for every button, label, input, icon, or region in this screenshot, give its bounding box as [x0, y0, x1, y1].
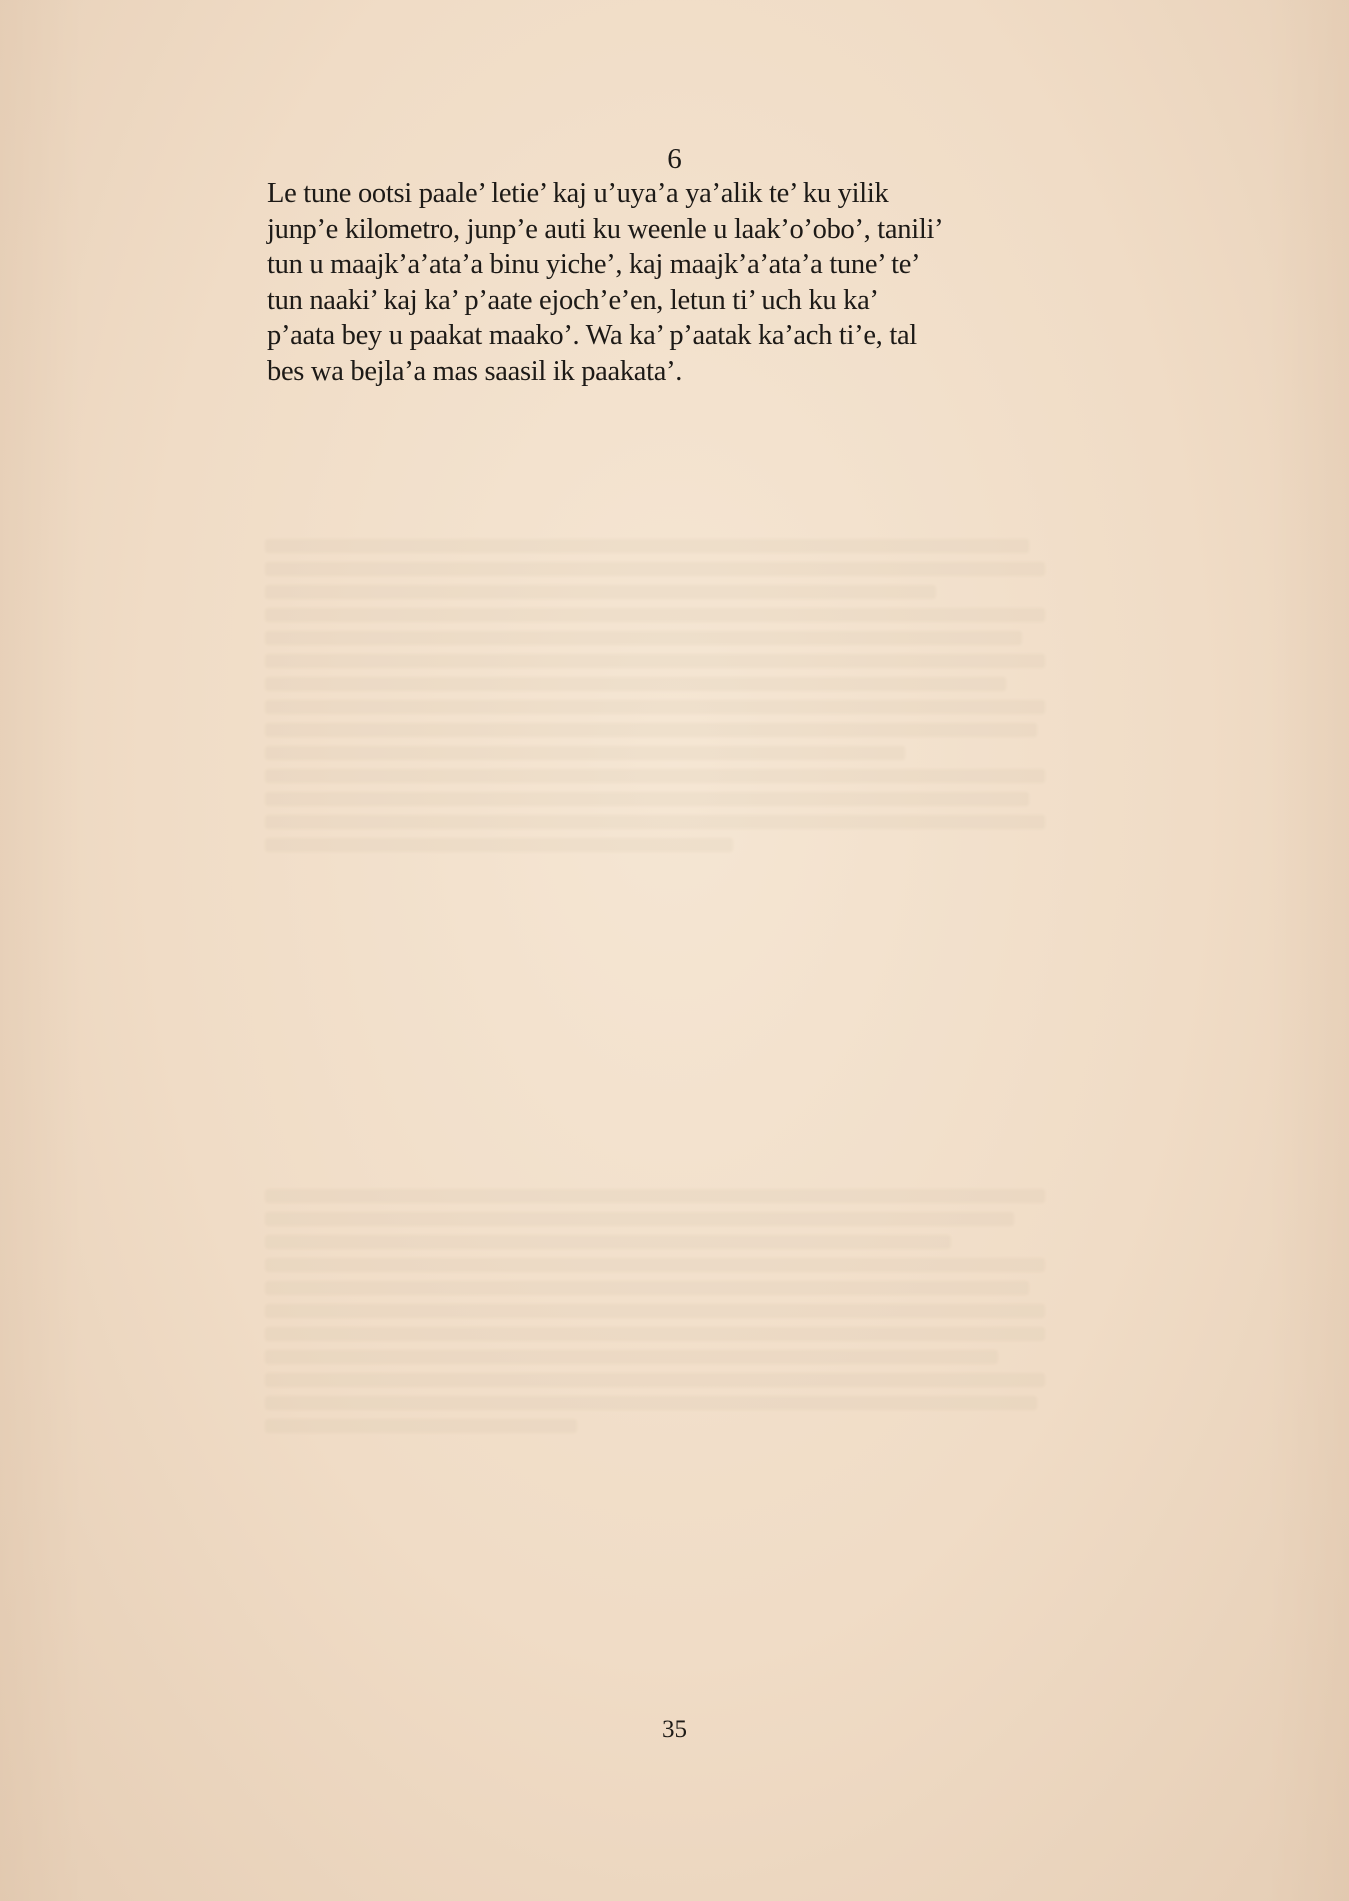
show-through-line [265, 1419, 577, 1433]
page-number: 35 [0, 1716, 1349, 1744]
show-through-line [265, 838, 733, 852]
show-through-line [265, 631, 1022, 645]
book-page: 6 Le tune ootsi paale’ letie’ kaj u’uya’… [0, 0, 1349, 1901]
paragraph-line: p’aata bey u paakat maako’. Wa ka’ p’aat… [267, 318, 1047, 354]
paragraph-line: bes wa bejla’a mas saasil ik paakata’. [267, 354, 1047, 390]
paragraph-line: tun u maajk’a’ata’a binu yiche’, kaj maa… [267, 247, 1047, 283]
show-through-line [265, 1235, 951, 1249]
show-through-block [265, 1180, 1045, 1442]
show-through-line [265, 1258, 1045, 1272]
show-through-line [265, 585, 936, 599]
paragraph-line: Le tune ootsi paale’ letie’ kaj u’uya’a … [267, 176, 1047, 212]
show-through-line [265, 1327, 1045, 1341]
show-through-line [265, 1189, 1045, 1203]
show-through-line [265, 1281, 1029, 1295]
show-through-line [265, 769, 1045, 783]
show-through-line [265, 700, 1045, 714]
paragraph: Le tune ootsi paale’ letie’ kaj u’uya’a … [267, 176, 1047, 389]
show-through-line [265, 1350, 998, 1364]
show-through-line [265, 562, 1045, 576]
paragraph-line: junp’e kilometro, junp’e auti ku weenle … [267, 212, 1047, 248]
paragraph-line: tun naaki’ kaj ka’ p’aate ejoch’e’en, le… [267, 283, 1047, 319]
show-through-line [265, 792, 1029, 806]
show-through-line [265, 1373, 1045, 1387]
show-through-line [265, 815, 1045, 829]
show-through-line [265, 1212, 1014, 1226]
show-through-line [265, 746, 905, 760]
show-through-line [265, 1304, 1045, 1318]
show-through-line [265, 1396, 1037, 1410]
show-through-line [265, 539, 1029, 553]
show-through-line [265, 608, 1045, 622]
section-number: 6 [0, 143, 1349, 175]
show-through-line [265, 677, 1006, 691]
show-through-line [265, 723, 1037, 737]
show-through-block [265, 530, 1045, 861]
show-through-line [265, 654, 1045, 668]
